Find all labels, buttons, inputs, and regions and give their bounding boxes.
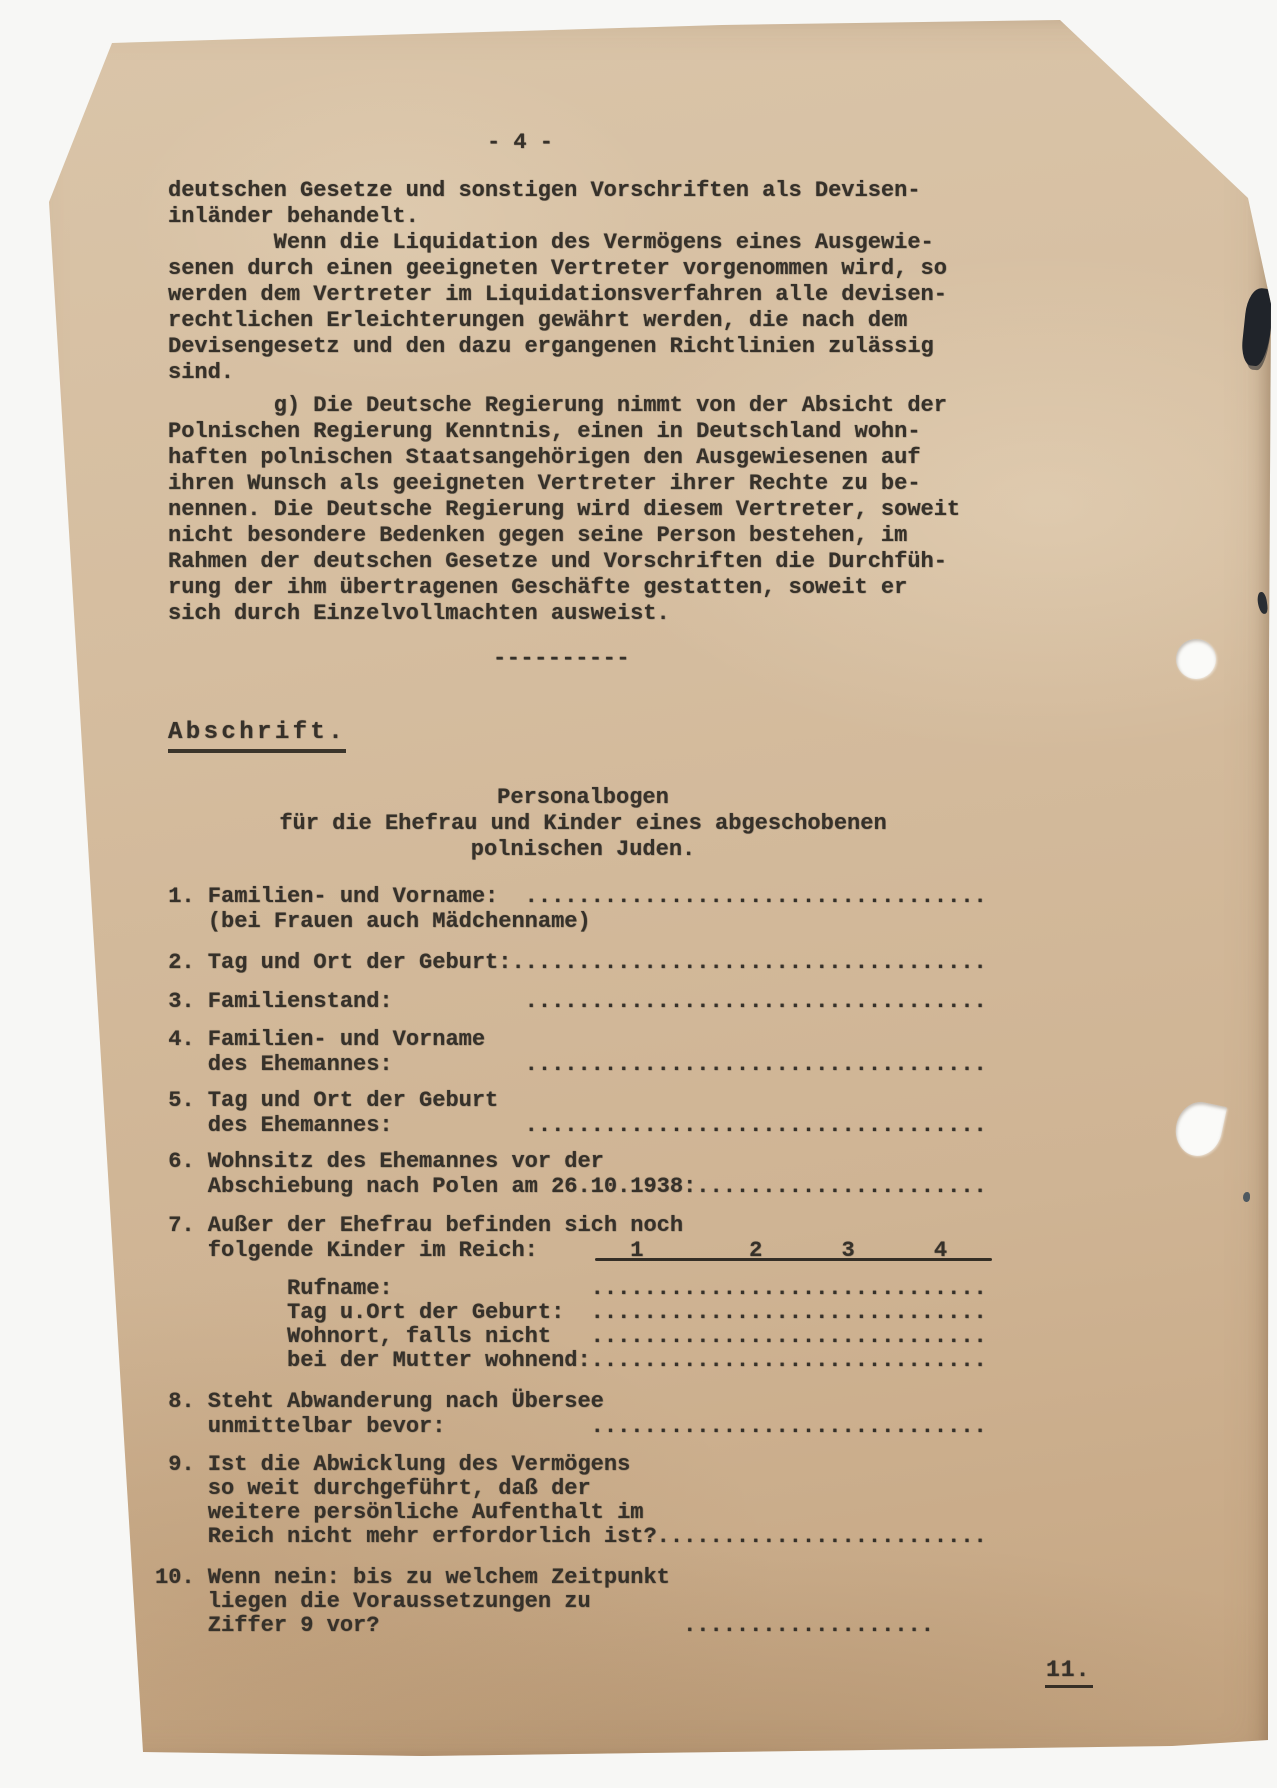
- form-item-10: 10. Wenn nein: bis zu welchem Zeitpunkt …: [155, 1566, 934, 1638]
- ink-speck-blue: [1243, 1192, 1250, 1202]
- footer-number: 11.: [1045, 1657, 1093, 1688]
- punch-hole-top: [1176, 639, 1216, 679]
- abschrift-heading: Abschrift.: [168, 720, 346, 753]
- separator-dashes: ----------: [493, 646, 630, 672]
- scan-canvas: - 4 - deutschen Gesetze und sonstigen Vo…: [0, 0, 1277, 1788]
- form-title: Personalbogenfür die Ehefrau und Kinder …: [168, 785, 998, 863]
- form-item-6: 6. Wohnsitz des Ehemannes vor der Abschi…: [155, 1149, 987, 1199]
- ink-blob-right-edge: [1240, 287, 1275, 367]
- page-number: - 4 -: [487, 130, 553, 156]
- document-page: - 4 - deutschen Gesetze und sonstigen Vo…: [22, 12, 1272, 1768]
- form-item-5: 5. Tag und Ort der Geburt des Ehemannes:…: [155, 1088, 987, 1138]
- form-item-2: 2. Tag und Ort der Geburt:..............…: [155, 950, 987, 975]
- punch-hole-bottom: [1171, 1098, 1227, 1160]
- form-item-9: 9. Ist die Abwicklung des Vermögens so w…: [155, 1453, 987, 1549]
- form-item-8: 8. Steht Abwanderung nach Übersee unmitt…: [155, 1389, 987, 1439]
- paragraph-devisen: deutschen Gesetze und sonstigen Vorschri…: [168, 178, 947, 386]
- paragraph-g: g) Die Deutsche Regierung nimmt von der …: [168, 393, 960, 627]
- form-item-3: 3. Familienstand: ......................…: [155, 989, 987, 1014]
- form-item-7-children: Rufname: .............................. …: [155, 1277, 987, 1373]
- form-item-1: 1. Familien- und Vorname: ..............…: [155, 884, 987, 934]
- ink-speck-right-edge: [1257, 591, 1269, 614]
- form-item-7: 7. Außer der Ehefrau befinden sich noch …: [155, 1213, 947, 1263]
- children-columns-underline: [595, 1258, 992, 1261]
- form-item-4: 4. Familien- und Vorname des Ehemannes: …: [155, 1027, 987, 1077]
